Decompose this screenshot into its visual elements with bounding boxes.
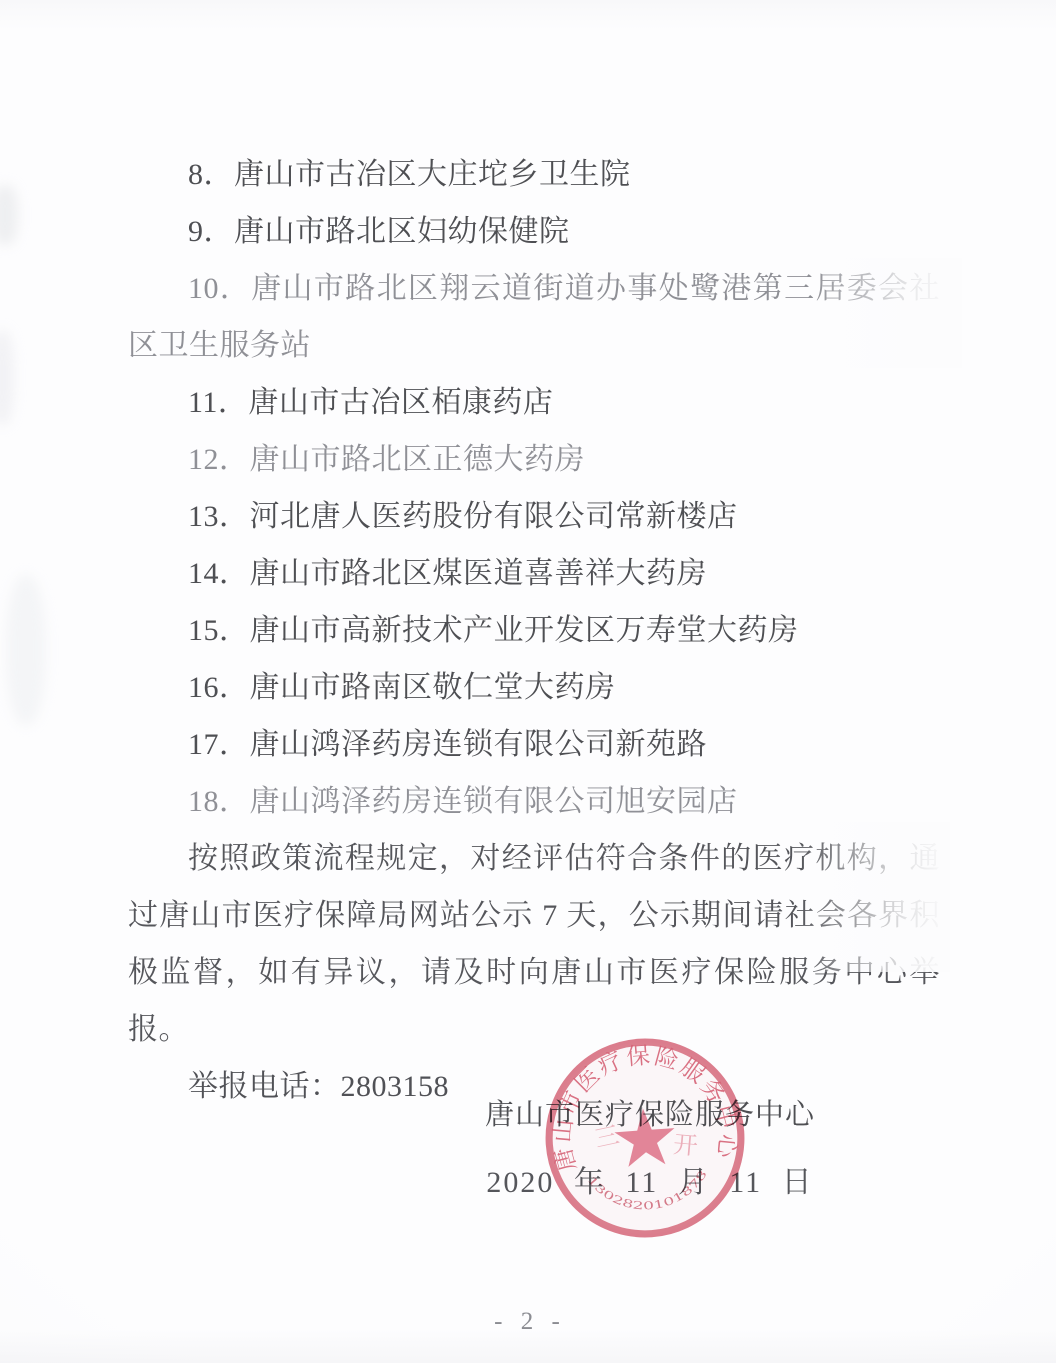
list-item: 12．唐山市路北区正德大药房 bbox=[128, 431, 940, 488]
list-item: 15．唐山市高新技术产业开发区万寿堂大药房 bbox=[128, 602, 940, 659]
official-seal: 唐山市医疗保险服务中心 1302820101878 三 开 bbox=[536, 1029, 754, 1247]
list-item: 17．唐山鸿泽药房连锁有限公司新苑路 bbox=[128, 716, 940, 773]
list-item: 8．唐山市古冶区大庄坨乡卫生院 bbox=[128, 146, 940, 203]
list-item: 10．唐山市路北区翔云道街道办事处鹭港第三居委会社区卫生服务站 bbox=[128, 260, 940, 374]
scan-smudge bbox=[6, 575, 46, 725]
document-body: 8．唐山市古冶区大庄坨乡卫生院 9．唐山市路北区妇幼保健院 10．唐山市路北区翔… bbox=[128, 146, 940, 1115]
list-item: 11．唐山市古冶区栢康药店 bbox=[128, 374, 940, 431]
medical-institution-list: 8．唐山市古冶区大庄坨乡卫生院 9．唐山市路北区妇幼保健院 10．唐山市路北区翔… bbox=[128, 146, 940, 830]
list-item: 16．唐山市路南区敬仁堂大药房 bbox=[128, 659, 940, 716]
list-item: 18．唐山鸿泽药房连锁有限公司旭安园店 bbox=[128, 773, 940, 830]
list-item: 14．唐山市路北区煤医道喜善祥大药房 bbox=[128, 545, 940, 602]
scanned-document-page: 8．唐山市古冶区大庄坨乡卫生院 9．唐山市路北区妇幼保健院 10．唐山市路北区翔… bbox=[0, 0, 1056, 1363]
list-item: 13．河北唐人医药股份有限公司常新楼店 bbox=[128, 488, 940, 545]
seal-inner-mark: 开 bbox=[672, 1132, 699, 1161]
page-number: - 2 - bbox=[0, 1308, 1056, 1336]
list-item: 9．唐山市路北区妇幼保健院 bbox=[128, 203, 940, 260]
scan-smudge bbox=[0, 185, 18, 245]
closing-paragraph: 按照政策流程规定，对经评估符合条件的医疗机构，通过唐山市医疗保障局网站公示 7 … bbox=[128, 830, 940, 1058]
scan-smudge bbox=[0, 330, 14, 425]
